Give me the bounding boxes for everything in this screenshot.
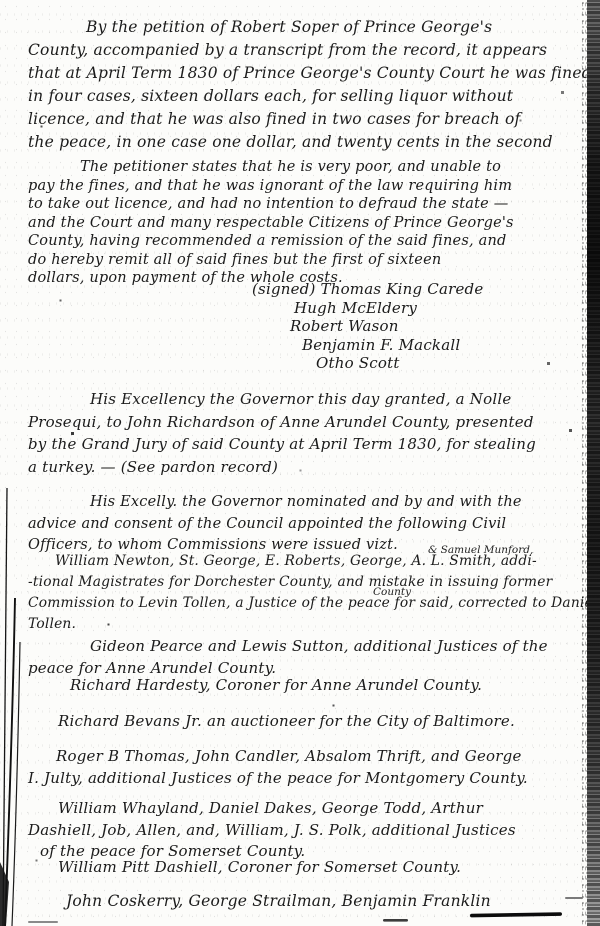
ink-smudge <box>383 919 408 922</box>
signature-line: Benjamin F. Mackall <box>302 336 483 355</box>
binding-shadow-wedge <box>0 862 9 926</box>
signature-line: (signed) Thomas King Carede <box>252 280 483 299</box>
signature-line: Otho Scott <box>316 354 483 373</box>
signature-block: (signed) Thomas King Carede Hugh McElder… <box>252 280 483 373</box>
ink-smudge <box>565 897 583 899</box>
manuscript-line: to take out licence, and had no intentio… <box>28 195 514 214</box>
manuscript-line: The petitioner states that he is very po… <box>28 158 514 177</box>
scan-speck-marks <box>0 0 1 1</box>
manuscript-line: Richard Bevans Jr. an auctioneer for the… <box>28 712 515 730</box>
manuscript-line: in four cases, sixteen dollars each, for… <box>28 85 592 108</box>
paragraph-anne-arundel-coroner: Richard Hardesty, Coroner for Anne Arund… <box>28 676 482 694</box>
manuscript-line: Dashiell, Job, Allen, and, William, J. S… <box>28 820 516 842</box>
manuscript-line: John Coskerry, George Strailman, Benjami… <box>28 892 491 910</box>
ink-smudge <box>470 912 562 917</box>
manuscript-line: -tional Magistrates for Dorchester Count… <box>28 572 600 593</box>
manuscript-line: a turkey. — (See pardon record) <box>28 456 536 479</box>
paragraph-nolle-prosequi: His Excellency the Governor this day gra… <box>28 388 536 478</box>
paragraph-baltimore-auctioneer: Richard Bevans Jr. an auctioneer for the… <box>28 712 515 730</box>
paragraph-anne-arundel-justices: Gideon Pearce and Lewis Sutton, addition… <box>28 636 548 679</box>
manuscript-line: do hereby remit all of said fines but th… <box>28 251 514 270</box>
paragraph-petition-soper: By the petition of Robert Soper of Princ… <box>28 16 592 154</box>
manuscript-line: Prosequi, to John Richardson of Anne Aru… <box>28 411 536 434</box>
manuscript-line: the peace, in one case one dollar, and t… <box>28 131 592 154</box>
binding-line-icon <box>3 488 7 926</box>
manuscript-line: Richard Hardesty, Coroner for Anne Arund… <box>28 676 482 694</box>
binding-line-icon <box>12 642 20 926</box>
manuscript-line: pay the fines, and that he was ignorant … <box>28 177 514 196</box>
manuscript-line: Roger B Thomas, John Candler, Absalom Th… <box>28 746 528 768</box>
manuscript-line: that at April Term 1830 of Prince George… <box>28 62 592 85</box>
manuscript-line: I. Julty, additional Justices of the pea… <box>28 768 528 790</box>
interlineation-county: County <box>373 582 411 603</box>
manuscript-line: by the Grand Jury of said County at Apri… <box>28 433 536 456</box>
manuscript-line: William Whayland, Daniel Dakes, George T… <box>28 798 516 820</box>
paragraph-somerset-coroner: William Pitt Dashiell, Coroner for Somer… <box>28 858 461 876</box>
manuscript-line: licence, and that he was also fined in t… <box>28 108 592 131</box>
ink-smudge <box>28 921 58 923</box>
binding-line-icon <box>5 598 15 926</box>
paragraph-montgomery-justices: Roger B Thomas, John Candler, Absalom Th… <box>28 746 528 789</box>
paragraph-petitioner-states: The petitioner states that he is very po… <box>28 158 514 288</box>
manuscript-line: Gideon Pearce and Lewis Sutton, addition… <box>28 636 548 658</box>
paragraph-dorchester-magistrates: & Samuel Munford, County William Newton,… <box>28 551 600 635</box>
manuscript-line: and the Court and many respectable Citiz… <box>28 214 514 233</box>
manuscript-page: { "page": { "kind": "scanned handwritten… <box>0 0 600 926</box>
manuscript-line: County, having recommended a remission o… <box>28 232 514 251</box>
paragraph-somerset-justices: William Whayland, Daniel Dakes, George T… <box>28 798 516 863</box>
manuscript-line: advice and consent of the Council appoin… <box>28 514 522 536</box>
interlineation-added-name: & Samuel Munford, <box>428 540 533 561</box>
manuscript-line: By the petition of Robert Soper of Princ… <box>28 16 592 39</box>
manuscript-line: William Pitt Dashiell, Coroner for Somer… <box>28 858 461 876</box>
manuscript-line: County, accompanied by a transcript from… <box>28 39 592 62</box>
manuscript-line: His Excellency the Governor this day gra… <box>28 388 536 411</box>
manuscript-line: Commission to Levin Tollen, a Justice of… <box>28 593 600 614</box>
manuscript-line: His Excelly. the Governor nominated and … <box>28 492 522 514</box>
paragraph-partial-last-line: John Coskerry, George Strailman, Benjami… <box>28 892 491 910</box>
signature-line: Hugh McEldery <box>294 299 483 318</box>
manuscript-line: Tollen. <box>28 614 600 635</box>
signature-line: Robert Wason <box>290 317 483 336</box>
